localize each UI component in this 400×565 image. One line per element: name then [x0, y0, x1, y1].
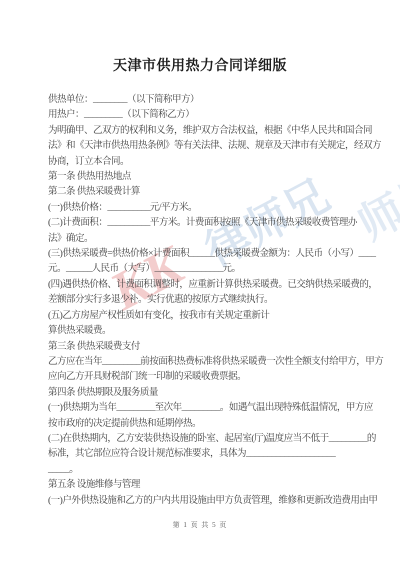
contract-line: 为明确甲、乙双方的权利和义务，维护双方合法权益，根据《中华人民共和国合同 — [48, 124, 373, 139]
contract-section-heading-3: 第三条 供热采暖费支付 — [48, 340, 373, 355]
contract-line: (一)供热价格：__________元/平方米。 — [48, 201, 373, 216]
contract-line: (二)在供热期内，乙方安装供热设施的卧室、起居室(厅)温度应当不低于______… — [48, 432, 373, 447]
page-number: 第 1 页 共 5 页 — [0, 520, 400, 530]
contract-line: (一)供热期为当年_________至次年_________。如遇气温出现特殊低… — [48, 401, 373, 416]
contract-line-party-b: 用热户：_________（以下简称乙方） — [48, 108, 373, 123]
contract-document-page: KK 律师兄 师兄 天津市供用热力合同详细版 供热单位：________（以下简… — [0, 0, 400, 565]
contract-line: 差额部分实行多退少补。实行优惠的按原方式继续执行。 — [48, 293, 373, 308]
contract-line: (四)遇供热价格、计费面积调整时，应重新计算供热采暖费。已交纳供热采暖费的， — [48, 278, 373, 293]
contract-line: 法》确定。 — [48, 232, 373, 247]
contract-body: 供热单位：________（以下简称甲方） 用热户：_________（以下简称… — [48, 93, 373, 509]
document-title: 天津市供用热力合同详细版 — [0, 55, 400, 75]
contract-line: 乙方应在当年_________前按面积热费标准将供热采暖费一次性全额支付给甲方，… — [48, 355, 373, 370]
contract-line: (三)供热采暖费=供热价格×计费面积______供热采暖费金额为：人民币（小写）… — [48, 247, 373, 262]
contract-line: 应向乙方开具财税部门统一印制的采暖收费票据。 — [48, 370, 373, 385]
contract-line: 按市政府的决定提前供热和延期停热。 — [48, 417, 373, 432]
contract-line: 法》和《天津市供热用热条例》等有关法律、法规、规章及天津市有关规定，经双方 — [48, 139, 373, 154]
contract-line: _____。 — [48, 463, 373, 478]
contract-section-heading-5: 第五条 设施维修与管理 — [48, 478, 373, 493]
contract-line: 协商，订立本合同。 — [48, 155, 373, 170]
contract-section-heading-2: 第二条 供热采暖费计算 — [48, 185, 373, 200]
contract-line: 元。______人民币（大写）________________元。 — [48, 262, 373, 277]
contract-section-heading-1: 第一条 供热用热地点 — [48, 170, 373, 185]
contract-line-party-a: 供热单位：________（以下简称甲方） — [48, 93, 373, 108]
contract-line: (一)户外供热设施和乙方的户内共用设施由甲方负责管理，维修和更新改造费用由甲 — [48, 494, 373, 509]
contract-line: 标准，其它部位应符合设计规范标准要求，具体为__________________… — [48, 447, 373, 462]
contract-section-heading-4: 第四条 供热期限及服务质量 — [48, 386, 373, 401]
contract-line: (五)乙方房屋产权性质如有变化，按我市有关规定重新计 — [48, 309, 373, 324]
contract-line: (二)计费面积：__________平方米。计费面积按照《天津市供热采暖收费管理… — [48, 216, 373, 231]
contract-line: 算供热采暖费。 — [48, 324, 373, 339]
